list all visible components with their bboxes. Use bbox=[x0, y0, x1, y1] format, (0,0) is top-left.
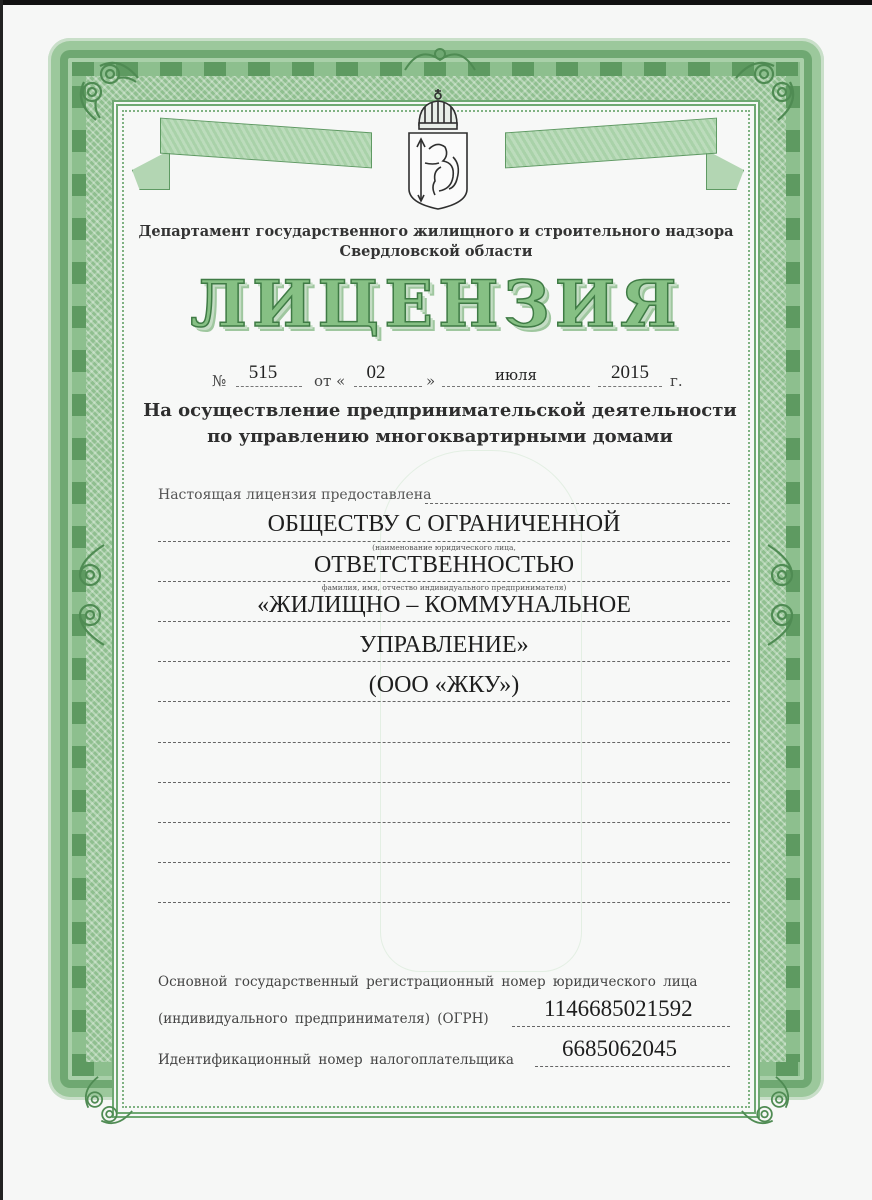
ruled-line bbox=[158, 902, 730, 903]
day-underline bbox=[354, 386, 422, 387]
scroll-ornament-icon bbox=[730, 52, 804, 126]
inn-value: 6685062045 bbox=[562, 1036, 677, 1062]
ruled-line bbox=[158, 621, 730, 622]
licensee-line: (ООО «ЖКУ») bbox=[158, 671, 730, 699]
ruled-line bbox=[158, 822, 730, 823]
license-number: 515 bbox=[236, 362, 290, 384]
scroll-ornament-icon bbox=[60, 540, 114, 650]
scroll-ornament-icon bbox=[70, 1072, 144, 1132]
activity-line-1: На осуществление предпринимательской дея… bbox=[130, 398, 750, 424]
scroll-ornament-icon bbox=[758, 540, 812, 650]
ogrn-value: 1146685021592 bbox=[544, 996, 693, 1022]
inn-label: Идентификационный номер налогоплательщик… bbox=[158, 1052, 514, 1068]
ruled-line bbox=[158, 782, 730, 783]
ogrn-label-line-1: Основной государственный регистрационный… bbox=[158, 974, 697, 990]
ruled-line bbox=[158, 581, 730, 582]
granted-label: Настоящая лицензия предоставлена bbox=[158, 487, 431, 503]
scan-edge bbox=[0, 0, 872, 5]
issuer-line-2: Свердловской области bbox=[130, 242, 742, 262]
number-underline bbox=[236, 386, 302, 387]
activity-line-2: по управлению многоквартирными домами bbox=[130, 424, 750, 450]
month-underline bbox=[442, 386, 590, 387]
issuer-line-1: Департамент государственного жилищного и… bbox=[130, 222, 742, 242]
license-number-row: № 515 от « 02 » июля 2015 г. bbox=[130, 362, 742, 392]
document-title: ЛИЦЕНЗИЯ bbox=[130, 270, 742, 340]
number-label: № bbox=[212, 372, 226, 390]
ruled-line bbox=[158, 661, 730, 662]
licensed-activity: На осуществление предпринимательской дея… bbox=[130, 398, 750, 450]
license-month: июля bbox=[442, 366, 590, 384]
issuer-authority: Департамент государственного жилищного и… bbox=[130, 222, 742, 262]
year-underline bbox=[598, 386, 662, 387]
license-day: 02 bbox=[354, 362, 398, 384]
license-year: 2015 bbox=[598, 362, 662, 384]
ruled-line bbox=[158, 862, 730, 863]
sverdlovsk-coat-of-arms-icon bbox=[405, 85, 471, 215]
year-suffix: г. bbox=[670, 372, 683, 390]
ruled-line bbox=[512, 1026, 730, 1027]
licensee-line: УПРАВЛЕНИЕ» bbox=[158, 631, 730, 659]
ruled-line bbox=[158, 701, 730, 702]
scan-edge bbox=[0, 0, 3, 1200]
ruled-line bbox=[535, 1066, 730, 1067]
ruled-line bbox=[425, 503, 730, 504]
scroll-ornament-icon bbox=[70, 52, 144, 126]
licensee-line: «ЖИЛИЩНО – КОММУНАЛЬНОЕ bbox=[158, 591, 730, 619]
ruled-line bbox=[158, 541, 730, 542]
crest-ornament-icon bbox=[400, 40, 480, 80]
day-close-quote: » bbox=[426, 372, 435, 390]
from-label: от « bbox=[314, 372, 345, 390]
scroll-ornament-icon bbox=[730, 1072, 804, 1132]
ruled-line bbox=[158, 742, 730, 743]
licensee-line: ОТВЕТСТВЕННОСТЬЮ bbox=[158, 551, 730, 579]
licensee-line: ОБЩЕСТВУ С ОГРАНИЧЕННОЙ bbox=[158, 510, 730, 538]
ogrn-label-line-2: (индивидуального предпринимателя) (ОГРН) bbox=[158, 1011, 489, 1027]
